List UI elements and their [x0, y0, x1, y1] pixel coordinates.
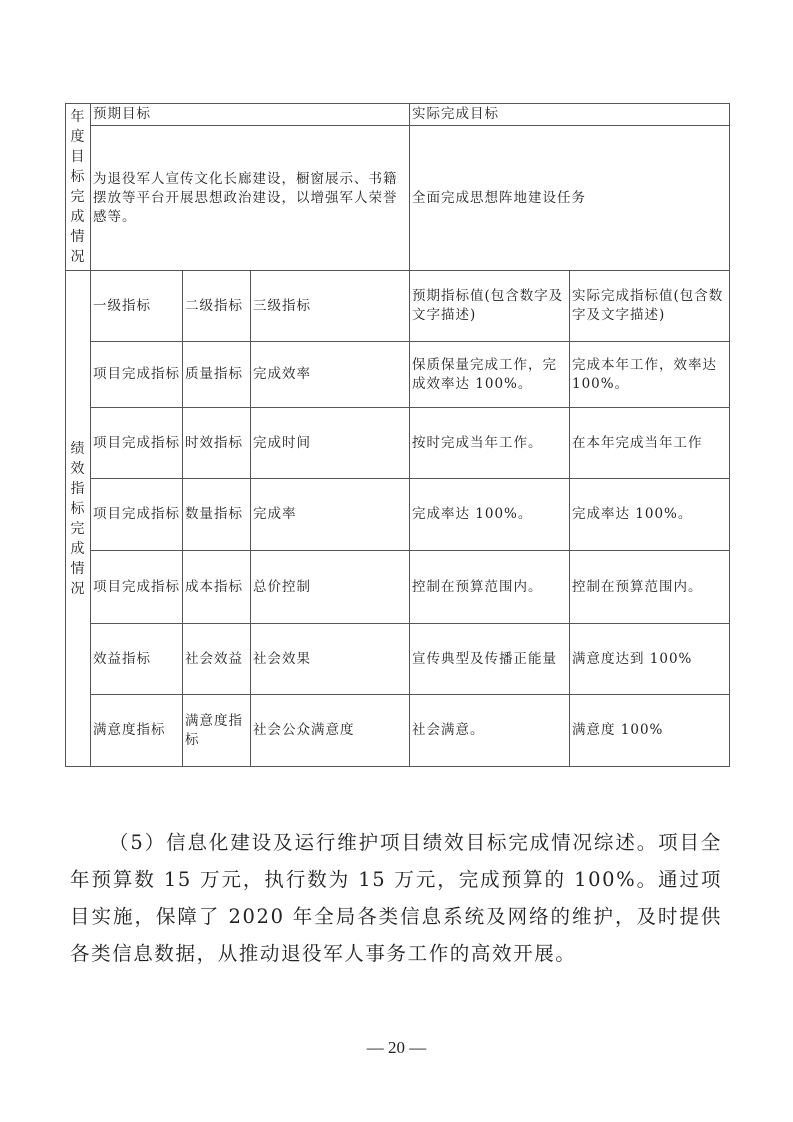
cell-actual: 满意度达到 100% [570, 624, 730, 695]
table-row: 项目完成指标 成本指标 总价控制 控制在预算范围内。 控制在预算范围内。 [66, 551, 730, 624]
cell-expected: 按时完成当年工作。 [410, 408, 570, 479]
cell-level1: 效益指标 [91, 624, 183, 695]
table-row: 效益指标 社会效益 社会效果 宣传典型及传播正能量 满意度达到 100% [66, 624, 730, 695]
cell-level1: 项目完成指标 [91, 479, 183, 551]
cell-expected: 保质保量完成工作，完成效率达 100%。 [410, 342, 570, 408]
cell-actual: 在本年完成当年工作 [570, 408, 730, 479]
header-level1: 一级指标 [91, 271, 183, 342]
cell-expected: 控制在预算范围内。 [410, 551, 570, 624]
cell-level2: 社会效益 [183, 624, 251, 695]
cell-expected: 完成率达 100%。 [410, 479, 570, 551]
actual-goal-text: 全面完成思想阵地建设任务 [410, 126, 730, 271]
header-actual: 实际完成指标值(包含数字及文字描述) [570, 271, 730, 342]
cell-level1: 项目完成指标 [91, 408, 183, 479]
header-level2: 二级指标 [183, 271, 251, 342]
cell-expected: 宣传典型及传播正能量 [410, 624, 570, 695]
indicator-header-row: 绩效指标完成情况 一级指标 二级指标 三级指标 预期指标值(包含数字及文字描述)… [66, 271, 730, 342]
cell-expected: 社会满意。 [410, 695, 570, 767]
cell-level1: 满意度指标 [91, 695, 183, 767]
cell-level3: 总价控制 [251, 551, 410, 624]
summary-paragraph: （5）信息化建设及运行维护项目绩效目标完成情况综述。项目全年预算数 15 万元，… [70, 824, 722, 972]
cell-level3: 完成效率 [251, 342, 410, 408]
cell-actual: 完成率达 100%。 [570, 479, 730, 551]
performance-table: 年度目标完成情况 预期目标 实际完成目标 为退役军人宣传文化长廊建设，橱窗展示、… [65, 103, 730, 767]
annual-goal-content-row: 为退役军人宣传文化长廊建设，橱窗展示、书籍摆放等平台开展思想政治建设，以增强军人… [66, 126, 730, 271]
annual-goal-header-row: 年度目标完成情况 预期目标 实际完成目标 [66, 104, 730, 126]
cell-level2: 满意度指标 [183, 695, 251, 767]
page-number: — 20 — [0, 1038, 793, 1058]
table-row: 项目完成指标 数量指标 完成率 完成率达 100%。 完成率达 100%。 [66, 479, 730, 551]
cell-level1: 项目完成指标 [91, 551, 183, 624]
cell-level2: 数量指标 [183, 479, 251, 551]
expected-goal-header: 预期目标 [91, 104, 410, 126]
document-page: 年度目标完成情况 预期目标 实际完成目标 为退役军人宣传文化长廊建设，橱窗展示、… [0, 0, 793, 1122]
actual-goal-header: 实际完成目标 [410, 104, 730, 126]
cell-level1: 项目完成指标 [91, 342, 183, 408]
annual-goal-row-label: 年度目标完成情况 [66, 104, 91, 271]
cell-level3: 完成率 [251, 479, 410, 551]
cell-level2: 时效指标 [183, 408, 251, 479]
indicator-row-label: 绩效指标完成情况 [66, 271, 91, 767]
cell-level2: 成本指标 [183, 551, 251, 624]
cell-actual: 控制在预算范围内。 [570, 551, 730, 624]
table-row: 项目完成指标 质量指标 完成效率 保质保量完成工作，完成效率达 100%。 完成… [66, 342, 730, 408]
cell-level3: 社会公众满意度 [251, 695, 410, 767]
cell-level2: 质量指标 [183, 342, 251, 408]
expected-goal-text: 为退役军人宣传文化长廊建设，橱窗展示、书籍摆放等平台开展思想政治建设，以增强军人… [91, 126, 410, 271]
cell-actual: 完成本年工作，效率达100%。 [570, 342, 730, 408]
header-level3: 三级指标 [251, 271, 410, 342]
header-expected: 预期指标值(包含数字及文字描述) [410, 271, 570, 342]
table-row: 项目完成指标 时效指标 完成时间 按时完成当年工作。 在本年完成当年工作 [66, 408, 730, 479]
cell-actual: 满意度 100% [570, 695, 730, 767]
cell-level3: 完成时间 [251, 408, 410, 479]
cell-level3: 社会效果 [251, 624, 410, 695]
table-row: 满意度指标 满意度指标 社会公众满意度 社会满意。 满意度 100% [66, 695, 730, 767]
